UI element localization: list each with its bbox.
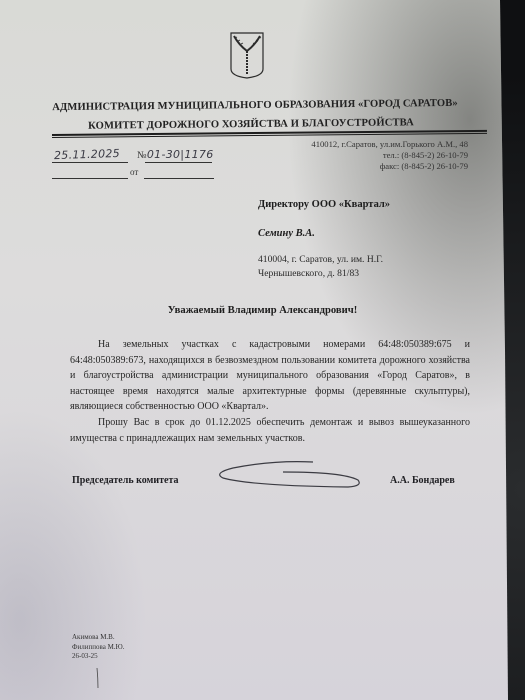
pen-stroke-mark	[96, 668, 99, 688]
addressee-block: Директору ООО «Квартал» Семину В.А. 4100…	[258, 199, 390, 281]
letter-page: АДМИНИСТРАЦИЯ МУНИЦИПАЛЬНОГО ОБРАЗОВАНИЯ…	[0, 0, 510, 700]
salutation: Уважаемый Владимир Александрович!	[0, 305, 525, 316]
date-underline	[52, 162, 128, 163]
executor-1: Акимова М.В.	[72, 633, 125, 643]
number-label: №	[137, 150, 147, 161]
registration-block: 25.11.2025 №01-30|1176 от	[52, 145, 217, 185]
executors-block: Акимова М.В. Филиппова М.Ю. 26-03-25	[72, 633, 125, 662]
executor-2: Филиппова М.Ю.	[72, 643, 125, 653]
addressee-address-line2: Чернышевского, д. 81/83	[258, 267, 390, 281]
addressee-position: Директору ООО «Квартал»	[258, 199, 390, 210]
addressee-address: 410004, г. Саратов, ул. им. Н.Г. Черныше…	[258, 253, 390, 281]
org-address: 410012, г.Саратов, ул.им.Горького А.М., …	[311, 139, 468, 150]
org-fax: факс: (8-845-2) 26-10-79	[311, 161, 468, 172]
saratov-coat-of-arms-icon	[229, 31, 265, 80]
org-name-line1: АДМИНИСТРАЦИЯ МУНИЦИПАЛЬНОГО ОБРАЗОВАНИЯ…	[20, 98, 490, 114]
org-phone: тел.: (8-845-2) 26-10-79	[311, 150, 468, 161]
body-paragraph-2: Прошу Вас в срок до 01.12.2025 обеспечит…	[70, 415, 470, 446]
executor-date: 26-03-25	[72, 652, 125, 662]
body-paragraph-1: На земельных участках с кадастровыми ном…	[70, 337, 470, 415]
org-contacts: 410012, г.Саратов, ул.им.Горького А.М., …	[311, 139, 468, 172]
handwritten-signature-icon	[213, 458, 368, 490]
ref-date-line	[144, 178, 214, 179]
signatory-title: Председатель комитета	[72, 475, 179, 486]
ref-number-line	[52, 178, 128, 179]
number-underline	[145, 162, 212, 163]
outgoing-number: №01-30|1176	[137, 148, 214, 161]
handwritten-number: 01-30|1176	[147, 148, 214, 161]
signatory-name: А.А. Бондарев	[390, 475, 455, 486]
handwritten-date: 25.11.2025	[54, 147, 120, 162]
ref-date-label: от	[130, 167, 138, 177]
letter-body: На земельных участках с кадастровыми ном…	[70, 337, 470, 446]
addressee-name: Семину В.А.	[258, 228, 390, 239]
addressee-address-line1: 410004, г. Саратов, ул. им. Н.Г.	[258, 253, 390, 267]
